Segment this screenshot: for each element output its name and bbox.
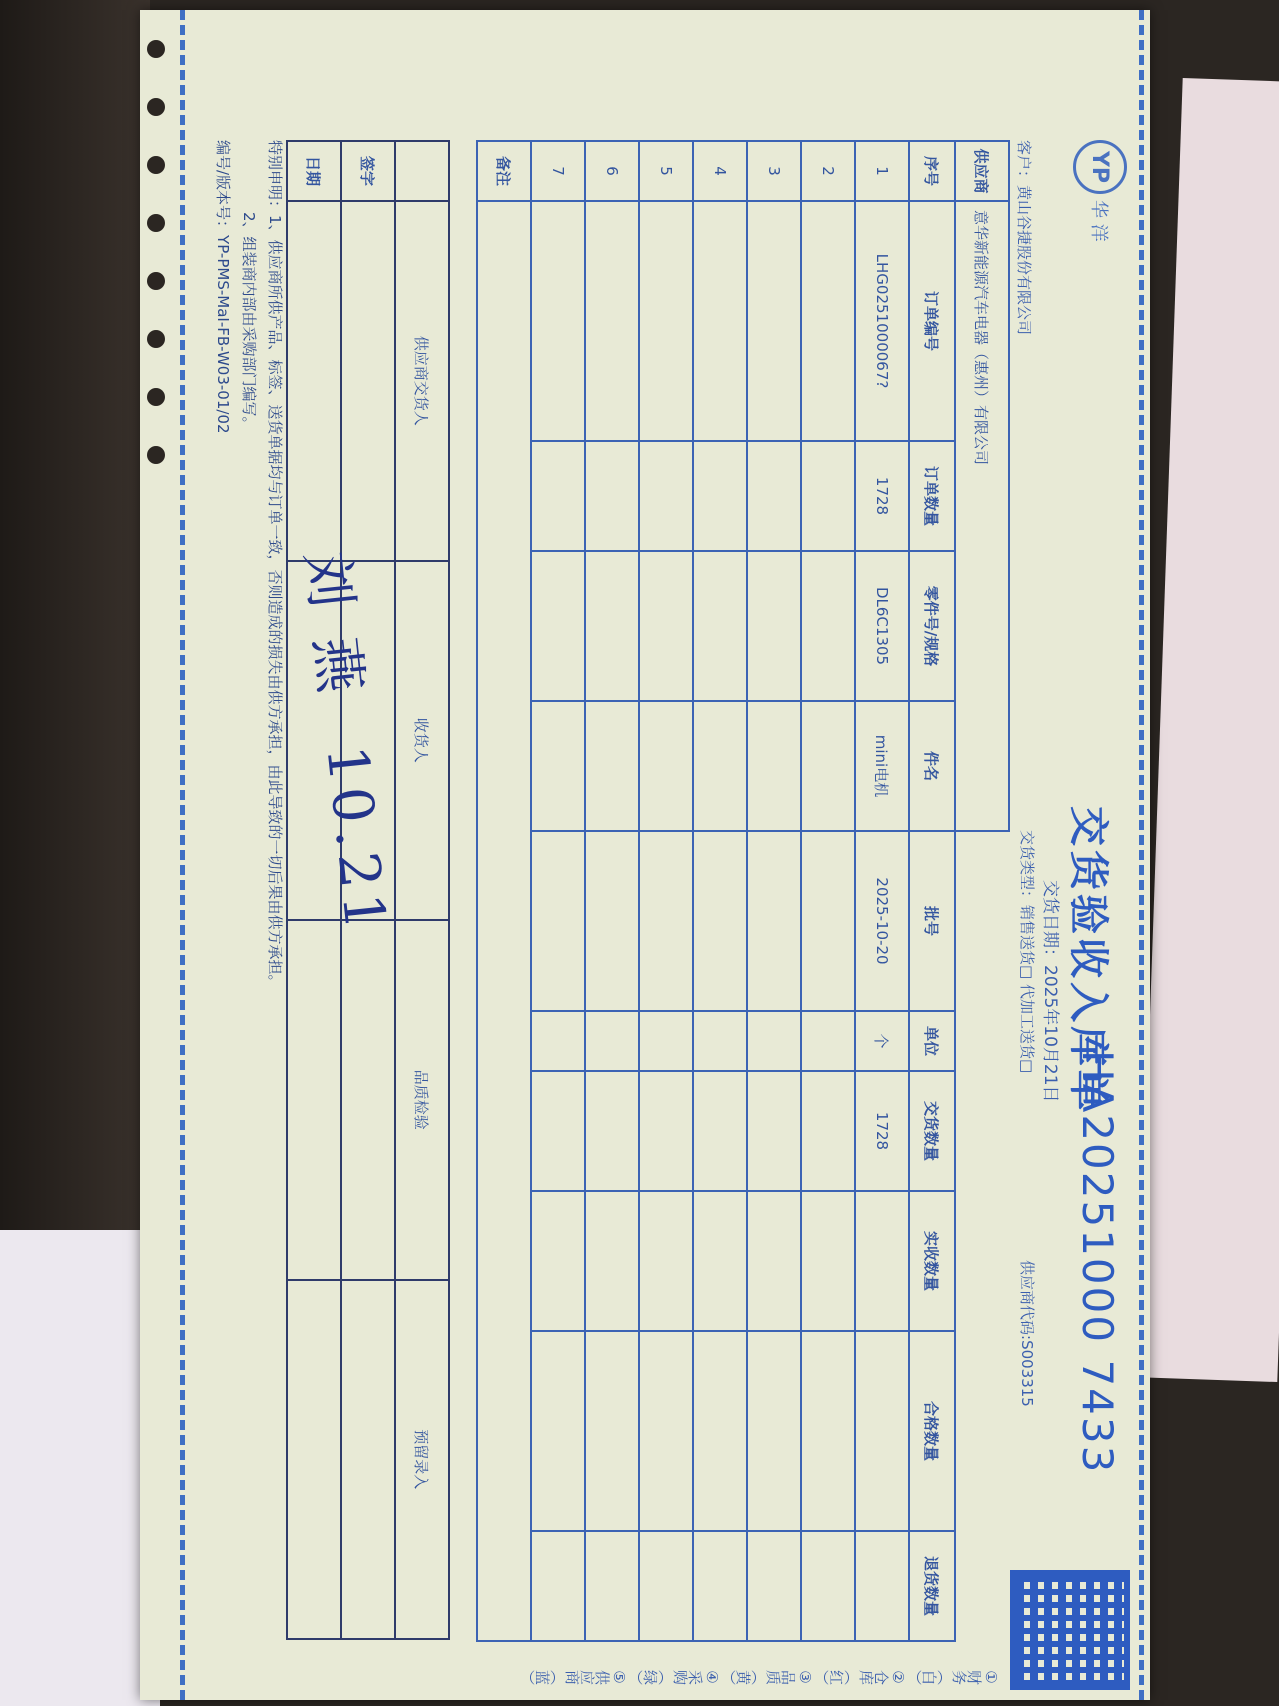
footer-notes: 特别申明：1、供应商所供产品、标签、送货单据均与订单一致，否则造成的损失由供方承… [210, 140, 288, 990]
receipt-slip-wrapper: YP 华 洋 交货验收入库单 HA20251000 7433 交货日期：2025… [140, 10, 1150, 1700]
sig-col-qc: 品质检验 [395, 920, 449, 1280]
date-label: 日期 [287, 141, 341, 201]
col-header: 单位 [909, 1011, 955, 1071]
background-shadow [0, 0, 150, 1230]
remarks-label: 备注 [477, 141, 531, 201]
table-row: 3 [747, 141, 801, 1641]
document-number: HA20251000 7433 [1073, 1050, 1122, 1474]
background-paper-left [0, 1230, 160, 1706]
table-row: 2 [801, 141, 855, 1641]
supplier-label: 供应商 [955, 141, 1009, 201]
perforation-line [1139, 10, 1144, 1700]
table-row: 5 [639, 141, 693, 1641]
col-header: 订单数量 [909, 441, 955, 551]
sig-col-supplier: 供应商交货人 [395, 201, 449, 561]
footer-note-2: 2、组装商内部由采购部门编写。 [236, 140, 262, 990]
delivery-type: 交货类型：销售送货□ 代加工送货□ [1017, 830, 1038, 1073]
customer: 客户：黄山谷捷股份有限公司 [1014, 140, 1035, 335]
delivery-date: 交货日期：2025年10月21日 [1040, 880, 1065, 1103]
col-header: 合格数量 [909, 1331, 955, 1531]
sig-col-entry: 预留录入 [395, 1280, 449, 1640]
supplier-code: 供应商代码:S003315 [1017, 1260, 1038, 1407]
col-header: 批号 [909, 831, 955, 1011]
remarks-row: 备注 [477, 141, 531, 1641]
tractor-holes [147, 40, 165, 464]
supplier-row: 供应商 意华新能源汽车电器（惠州）有限公司 [955, 141, 1009, 1641]
col-header: 零件号/规格 [909, 551, 955, 701]
form-code: 编号/版本号：YP-PMS-MaI-FB-W03-01/02 [210, 140, 236, 990]
table-row: 7 [531, 141, 585, 1641]
table-header-row: 序号 订单编号 订单数量 零件号/规格 件名 批号 单位 交货数量 实收数量 合… [909, 141, 955, 1641]
qr-code-icon [1010, 1570, 1130, 1690]
footer-note-1: 特别申明：1、供应商所供产品、标签、送货单据均与订单一致，否则造成的损失由供方承… [262, 140, 288, 990]
copy-color-legend: ①财务（白）②仓库（红）③品质（黄）④采购（绿）⑤供应商（蓝） [520, 1650, 1000, 1690]
col-header: 件名 [909, 701, 955, 831]
receipt-slip: YP 华 洋 交货验收入库单 HA20251000 7433 交货日期：2025… [140, 10, 1150, 1700]
remarks-value [477, 201, 531, 1641]
col-header: 退货数量 [909, 1531, 955, 1641]
sign-label: 签字 [341, 141, 395, 201]
col-header: 订单编号 [909, 201, 955, 441]
table-row: 1 LHG0251000067? 1728 DL6C1305 mini电机 20… [855, 141, 909, 1641]
supplier-name: 意华新能源汽车电器（惠州）有限公司 [955, 201, 1009, 831]
background-paper-right [1137, 78, 1279, 1382]
perforation-line [180, 10, 185, 1700]
col-header: 实收数量 [909, 1191, 955, 1331]
table-row: 6 [585, 141, 639, 1641]
col-header: 序号 [909, 141, 955, 201]
table-row: 4 [693, 141, 747, 1641]
items-table: 供应商 意华新能源汽车电器（惠州）有限公司 序号 订单编号 订单数量 零件号/规… [476, 140, 1010, 1642]
col-header: 交货数量 [909, 1071, 955, 1191]
